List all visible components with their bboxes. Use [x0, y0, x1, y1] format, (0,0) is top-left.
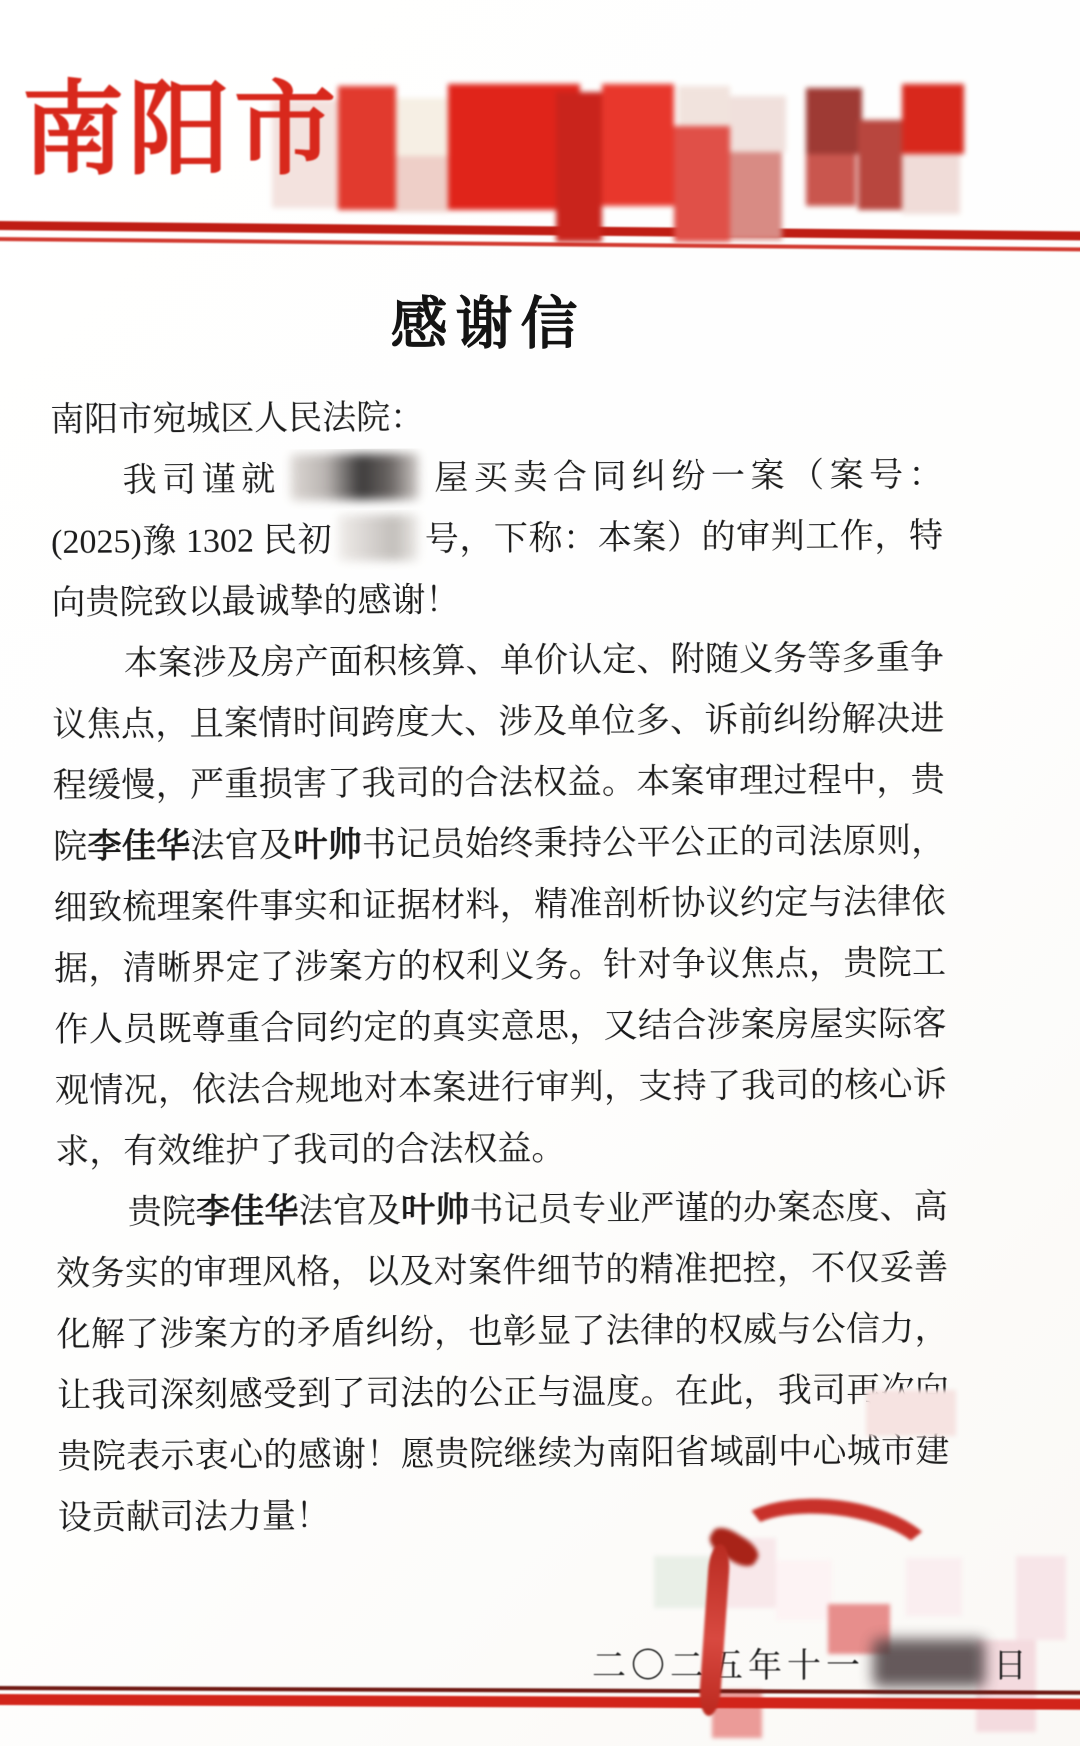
- seal-redaction-mosaic: [0, 0, 1080, 1746]
- date-suffix: 日: [993, 1638, 1032, 1687]
- date-redaction-blur: [873, 1639, 985, 1687]
- date-line: 二〇二五年十一 日: [592, 1638, 1032, 1687]
- scanned-letter-page: 南阳市 感谢信 南阳市宛城区人民法院： 我司谨就屋买卖合同纠纷一案（案号：(20…: [0, 0, 1080, 1746]
- date-prefix: 二〇二五年十一: [592, 1638, 865, 1687]
